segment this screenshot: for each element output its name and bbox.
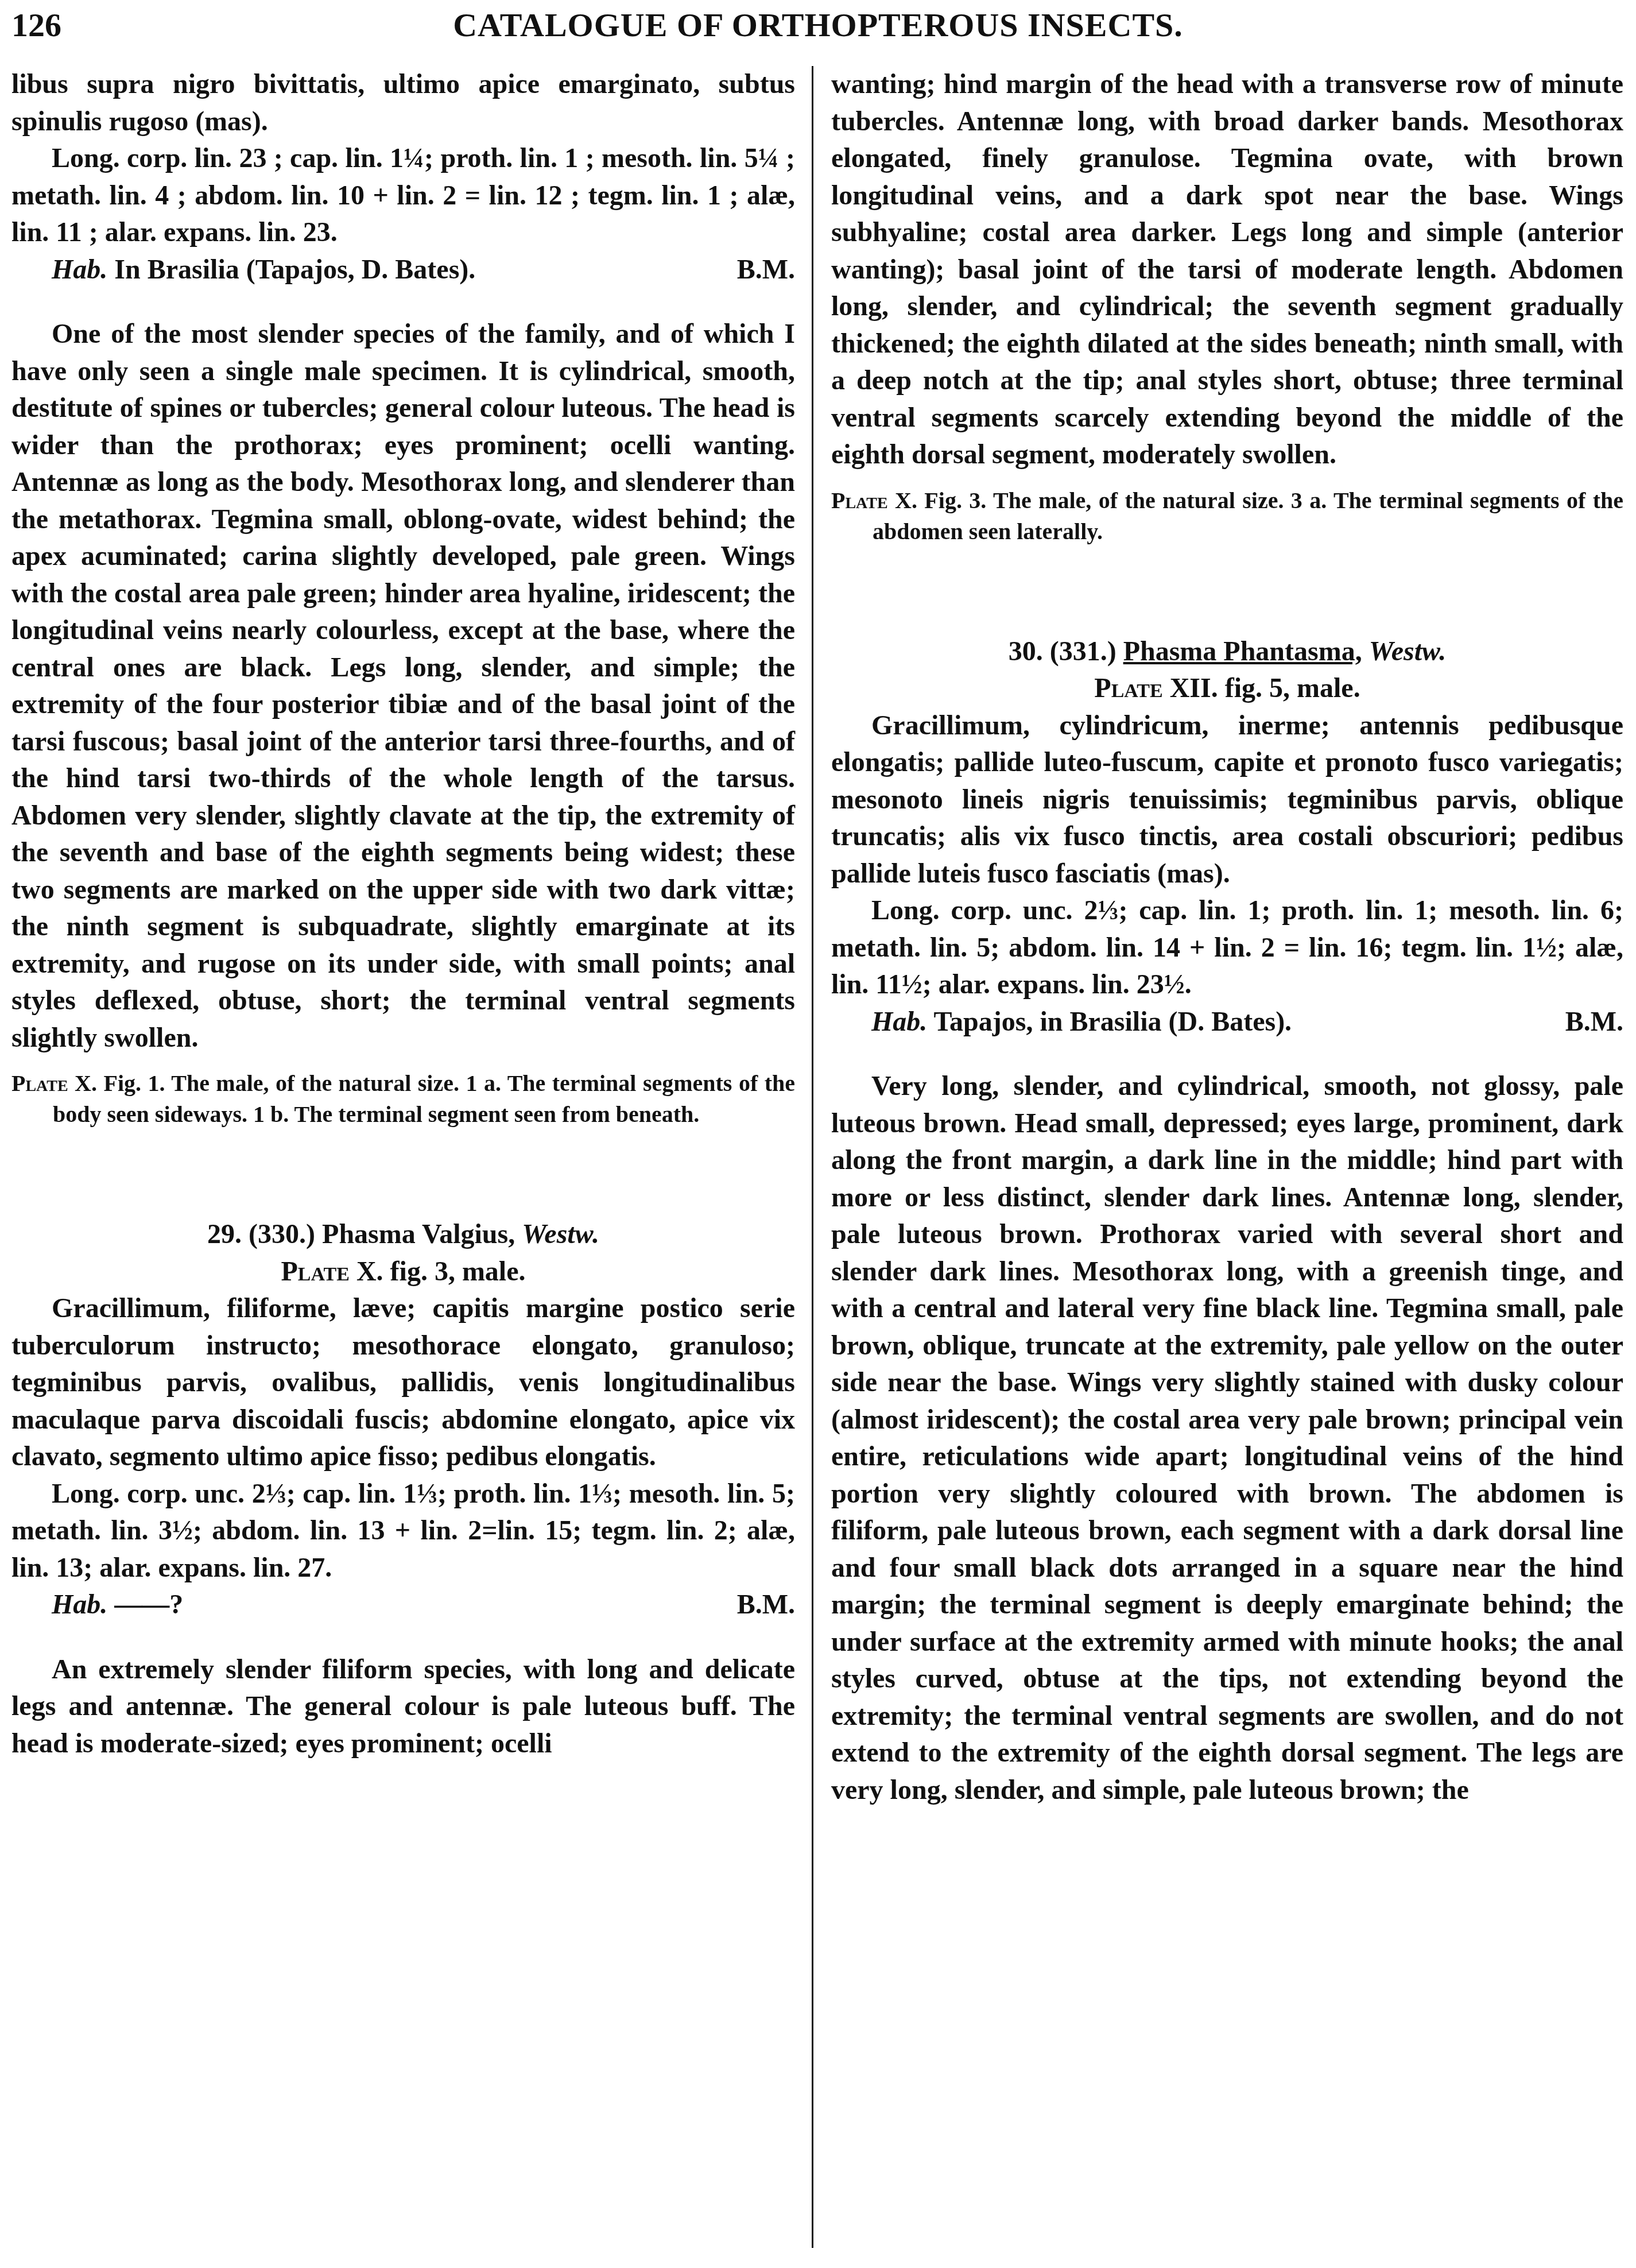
hab-text: In Brasilia (Tapajos, D. Bates).: [114, 254, 475, 285]
measurements-30: Long. corp. unc. 2⅓; cap. lin. 1; proth.…: [831, 892, 1623, 1004]
plate-label: Plate X.: [831, 487, 917, 513]
species-author: Westw.: [522, 1219, 599, 1249]
hab-label: Hab.: [52, 254, 107, 285]
species-name: Phasma Phantasma,: [1123, 636, 1362, 667]
measurements-28: Long. corp. lin. 23 ; cap. lin. 1¼; prot…: [11, 140, 795, 251]
measurements-29: Long. corp. unc. 2⅓; cap. lin. 1⅓; proth…: [11, 1476, 795, 1587]
column-divider: [812, 66, 813, 2248]
hab-text: ——?: [114, 1589, 183, 1620]
habitat-30: Hab. Tapajos, in Brasilia (D. Bates). B.…: [831, 1004, 1623, 1041]
description-29-start: An extremely slender filiform species, w…: [11, 1651, 795, 1763]
running-title: CATALOGUE OF ORTHOPTEROUS INSECTS.: [11, 6, 1625, 44]
species-heading-29: 29. (330.) Phasma Valgius, Westw.: [11, 1216, 795, 1253]
species-plate-30: Plate XII. fig. 5, male.: [831, 670, 1623, 707]
latin-diagnosis-29: Gracillimum, filiforme, læve; capitis ma…: [11, 1290, 795, 1476]
habitat-28: Hab. In Brasilia (Tapajos, D. Bates). B.…: [11, 251, 795, 289]
hab-location: B.M.: [1565, 1004, 1623, 1041]
plate-text: Fig. 3. The male, of the natural size. 3…: [873, 487, 1623, 544]
plate-ref: XII. fig. 5, male.: [1170, 673, 1360, 703]
description-29-continued: wanting; hind margin of the head with a …: [831, 66, 1623, 474]
left-column: libus supra nigro bivittatis, ultimo api…: [11, 66, 795, 1762]
hab-text: Tapajos, in Brasilia (D. Bates).: [933, 1007, 1292, 1037]
plate-caption-28: Plate X. Fig. 1. The male, of the natura…: [11, 1068, 795, 1130]
plate-label: Plate: [1094, 673, 1162, 703]
species-heading-30: 30. (331.) Phasma Phantasma, Westw.: [831, 633, 1623, 671]
right-column: wanting; hind margin of the head with a …: [831, 66, 1623, 1809]
habitat-29: Hab. ——? B.M.: [11, 1586, 795, 1624]
plate-label: Plate: [281, 1256, 350, 1287]
species-plate-29: Plate X. fig. 3, male.: [11, 1253, 795, 1291]
plate-caption-29: Plate X. Fig. 3. The male, of the natura…: [831, 485, 1623, 547]
latin-continuation: libus supra nigro bivittatis, ultimo api…: [11, 66, 795, 140]
description-30: Very long, slender, and cylindrical, smo…: [831, 1068, 1623, 1809]
plate-ref: X. fig. 3, male.: [356, 1256, 526, 1287]
description-28: One of the most slender species of the f…: [11, 316, 795, 1056]
plate-text: Fig. 1. The male, of the natural size. 1…: [53, 1070, 795, 1127]
hab-label: Hab.: [871, 1007, 927, 1037]
hab-location: B.M.: [737, 251, 795, 289]
species-number: 30. (331.): [1009, 636, 1116, 667]
hab-label: Hab.: [52, 1589, 107, 1620]
hab-location: B.M.: [737, 1586, 795, 1624]
species-title: 29. (330.) Phasma Valgius,: [207, 1219, 515, 1249]
plate-label: Plate X.: [11, 1070, 97, 1096]
latin-diagnosis-30: Gracillimum, cylindricum, inerme; antenn…: [831, 707, 1623, 893]
page-header: 126 CATALOGUE OF ORTHOPTEROUS INSECTS.: [11, 6, 1625, 57]
species-author: Westw.: [1369, 636, 1447, 667]
